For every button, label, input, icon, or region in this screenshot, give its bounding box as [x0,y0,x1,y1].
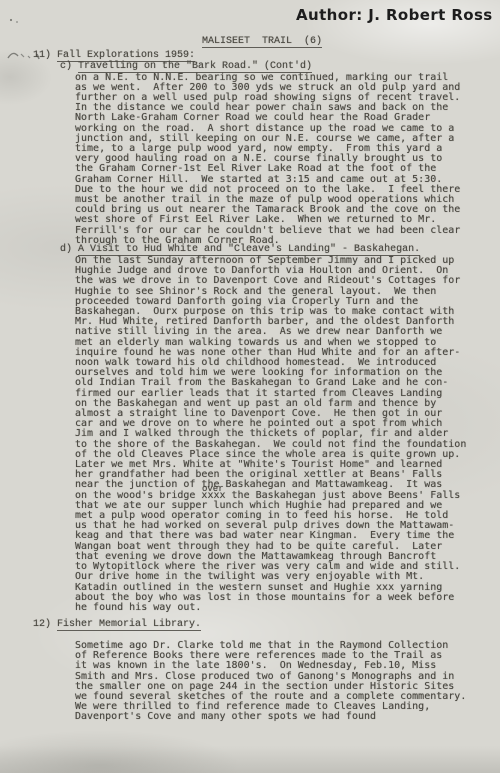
paragraph-bark-road: on a N.E. to N.N.E. bearing so we contin… [75,73,460,246]
section-12-heading-row: 12) Fisher Memorial Library. [33,620,201,631]
paragraph-hud-white: On the last Sunday afternoon of Septembe… [75,256,466,613]
paragraph-hud-white-wrap: On the last Sunday afternoon of Septembe… [75,256,466,613]
typed-correction-over: over [202,485,224,494]
item-d-label: d) [60,245,72,255]
section-11-number: 11) [33,51,51,61]
section-12-number: 12) [33,620,51,630]
item-c-label: c) [60,62,72,72]
document-page: Author: J. Robert Ross MALISEET TRAIL (6… [0,0,500,773]
page-title-text: MALISEET TRAIL (6) [202,37,322,48]
paragraph-fisher-library: Sometime ago Dr. Clarke told me that in … [75,641,466,723]
section-12-heading: Fisher Memorial Library. [57,620,201,631]
author-note: Author: J. Robert Ross [296,6,496,24]
